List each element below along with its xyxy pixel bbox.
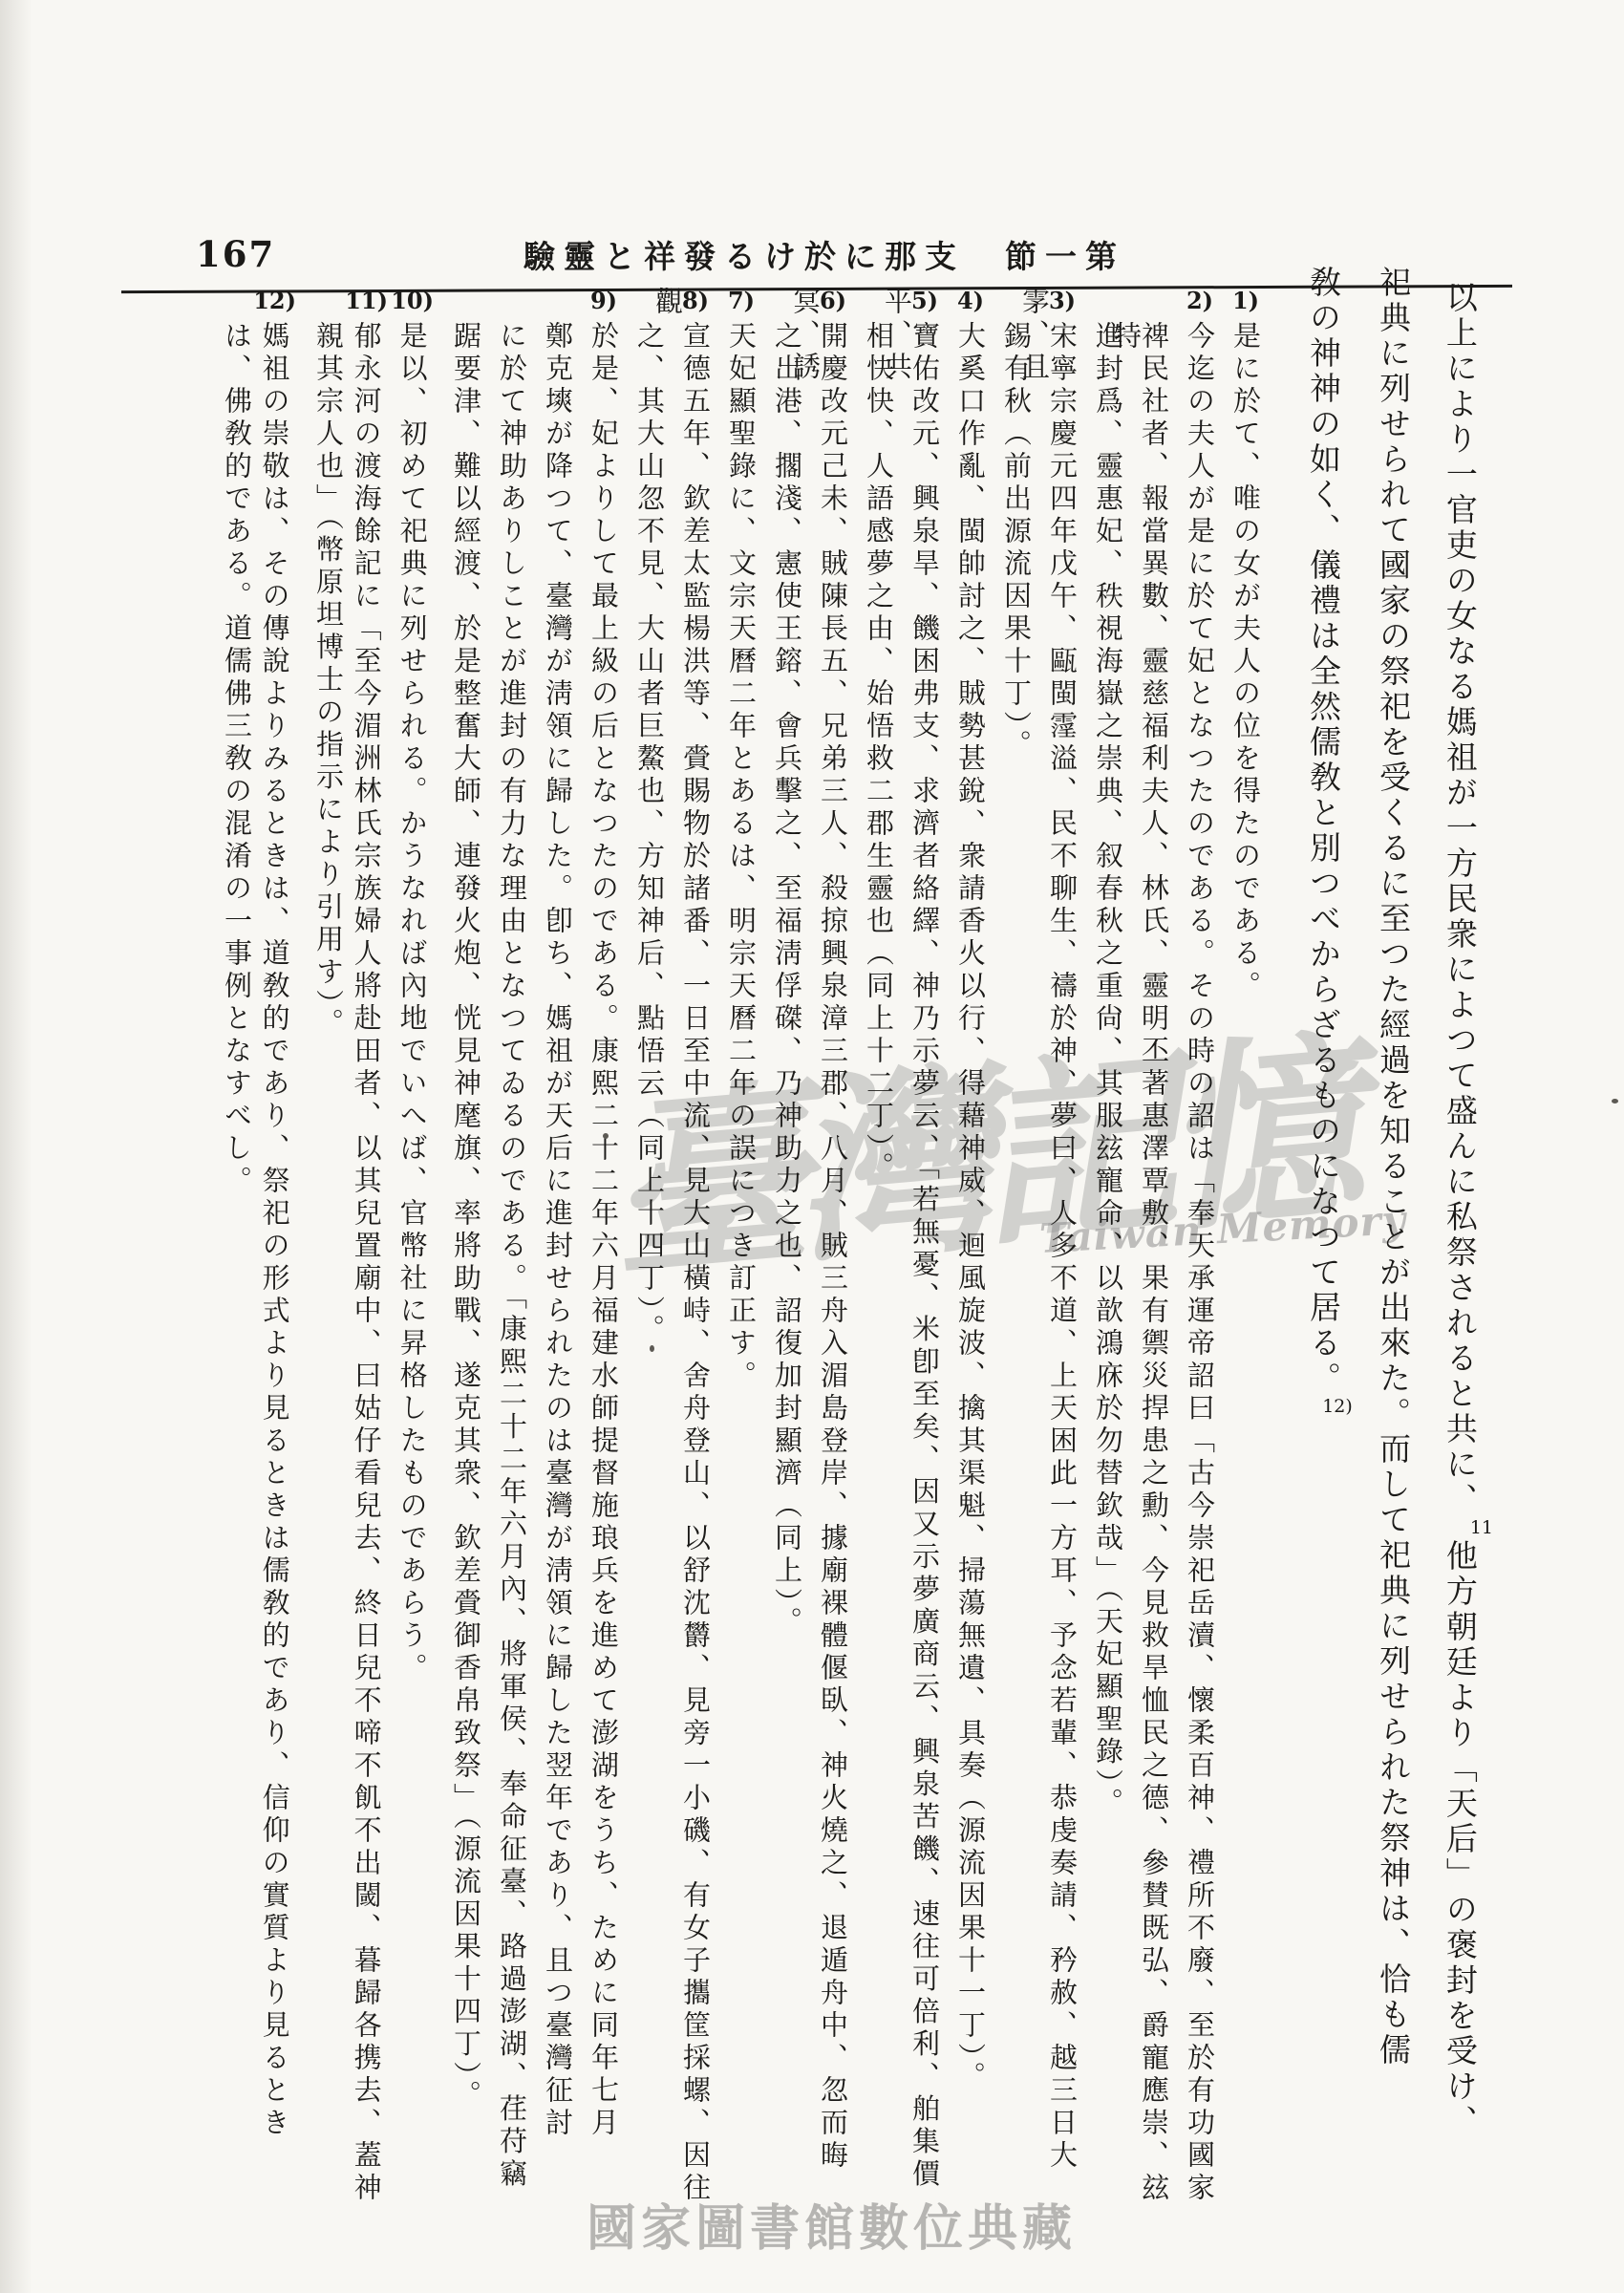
footnote-number: 5)	[911, 287, 938, 317]
footnote-column: 8)宣德五年、欽差太監楊洪等、賫賜物於諸番、一日至中流、見大山橫峙、舍舟登山、以…	[663, 287, 709, 2217]
footnote-column: 踞要津、難以經渡、於是整奮大師、連發火炮、恍見神麾旗、率將助戰、遂克其衆、欽差賫…	[434, 287, 480, 2217]
footnote-column: 7)天妃顯聖錄に、文宗天曆二年とあるは、明宗天曆二年の誤につき訂正す。	[709, 287, 755, 2217]
footnote-column: 5)寶佑改元、興泉旱、饑困弗支、求濟者絡繹、神乃示夢云、「若無憂、米卽至矣、因又…	[892, 287, 938, 2217]
footnote-column: 錫有秋（前出源流因果十丁）。	[984, 287, 1030, 2217]
scan-gutter-shadow	[0, 0, 32, 2293]
scan-speck	[650, 1345, 654, 1352]
footnote-column: 11)郁永河の渡海餘記に「至今湄洲林氏宗族婦人將赴田者、以其兒置廟中、曰姑仔看兒…	[342, 287, 388, 2217]
footnote-number: 6)	[820, 287, 846, 317]
header-title: 驗靈と祥發るけ於に那支 節一第	[524, 232, 1125, 277]
footnote-number: 12)	[253, 287, 296, 317]
footnote-column: は、佛敎的である。道儒佛三敎の混淆の一事例となすべし。	[204, 287, 250, 2217]
text-column: 敎の神神の如く、儀禮は全然儒敎と別つべからざるものになつて居る。12)	[1270, 266, 1339, 2243]
text-column: 祀典に列せられて國家の祭祀を受くるに至つた經過を知ることが出來た。而して祀典に列…	[1339, 266, 1409, 2243]
page-number: 167	[196, 233, 275, 275]
footnote-block: 1)是に於て、唯の女が夫人の位を得たのである。2)今迄の夫人が是に於て妃となつた…	[204, 287, 1259, 2217]
footnote-column: 2)今迄の夫人が是に於て妃となつたのである。その時の詔は「奉天承運帝詔曰「古今崇…	[1167, 287, 1213, 2217]
footnote-column: 12)媽祖の崇敬は、その傳說よりみるときは、道敎的であり、祭祀の形式より見るとき…	[250, 287, 296, 2217]
footnote-column: 禆民社者、報當異數、靈慈福利夫人、林氏、靈明丕著惠澤覃敷、果有禦災捍患之勳、今見…	[1122, 287, 1167, 2217]
footnote-number: 7)	[728, 287, 755, 317]
footnote-column: 之出港、擱淺、憲使王鎔、會兵擊之、至福淸俘磔、乃神助力之也、詔復加封顯濟（同上）…	[755, 287, 801, 2217]
footnote-ref: 11	[1455, 1518, 1493, 1539]
footnote-ref: 12)	[1322, 1397, 1353, 1418]
main-text-block: 以上により一官吏の女なる媽祖が一方民衆によつて盛んに私祭されると共に、11他方朝…	[1270, 266, 1479, 2243]
footnote-number: 4)	[957, 287, 984, 317]
footnote-column: 4)大奚口作亂、閩帥討之、賊勢甚銳、衆請香火以行、得藉神威、迴風旋波、擒其渠魁、…	[938, 287, 984, 2217]
footnote-number: 8)	[682, 287, 709, 317]
footnote-column: 之、其大山忽不見、大山者巨鰲也、方知神后、點悟云（同上十四丁）。	[617, 287, 663, 2217]
footnote-number: 10)	[391, 287, 434, 317]
footnote-column: 6)開慶改元己未、賊陳長五、兄弟三人、殺掠興泉漳三郡、八月、賊三舟入湄島登岸、據…	[801, 287, 846, 2217]
footnote-column: 相快快、人語感夢之由、始悟救二郡生靈也（同上十二丁）。	[846, 287, 892, 2217]
footnote-number: 9)	[590, 287, 617, 317]
footnote-number: 1)	[1232, 287, 1259, 317]
footnote-number: 11)	[345, 287, 388, 317]
footnote-column: 進封爲、靈惠妃、秩視海嶽之崇典、叙春秋之重尙、其服玆寵命、以歆鴻庥於勿替欽哉」（…	[1076, 287, 1122, 2217]
footnote-column: に於て神助ありしことが進封の有力な理由となつてゐるのである。「康熙二十二年六月內…	[480, 287, 525, 2217]
footnote-column: 親其宗人也」（幣原坦博士の指示により引用す）。	[296, 287, 342, 2217]
footnote-number: 3)	[1049, 287, 1076, 317]
footnote-column: 1)是に於て、唯の女が夫人の位を得たのである。	[1213, 287, 1259, 2217]
scan-speck	[1612, 1099, 1618, 1104]
footnote-column: 10)是以、初めて祀典に列せられる。かうなれば內地でいへば、官幣社に昇格したもの…	[388, 287, 434, 2217]
footnote-number: 2)	[1186, 287, 1213, 317]
footnote-column: 鄭克塽が降つて、臺灣が淸領に歸した。卽ち、媽祖が天后に進封せられたのは臺灣が淸領…	[525, 287, 571, 2217]
footnote-column: 9)於是、妃よりして最上級の后となつたのである。康熙二十二年六月福建水師提督施琅…	[571, 287, 617, 2217]
footnote-column: 3)宋寧宗慶元四年戊午、甌閩霪溢、民不聊生、禱於神、夢曰、人多不道、上天困此一方…	[1030, 287, 1076, 2217]
scan-speck	[603, 1133, 609, 1139]
text-column: 以上により一官吏の女なる媽祖が一方民衆によつて盛んに私祭されると共に、11他方朝…	[1409, 266, 1479, 2243]
